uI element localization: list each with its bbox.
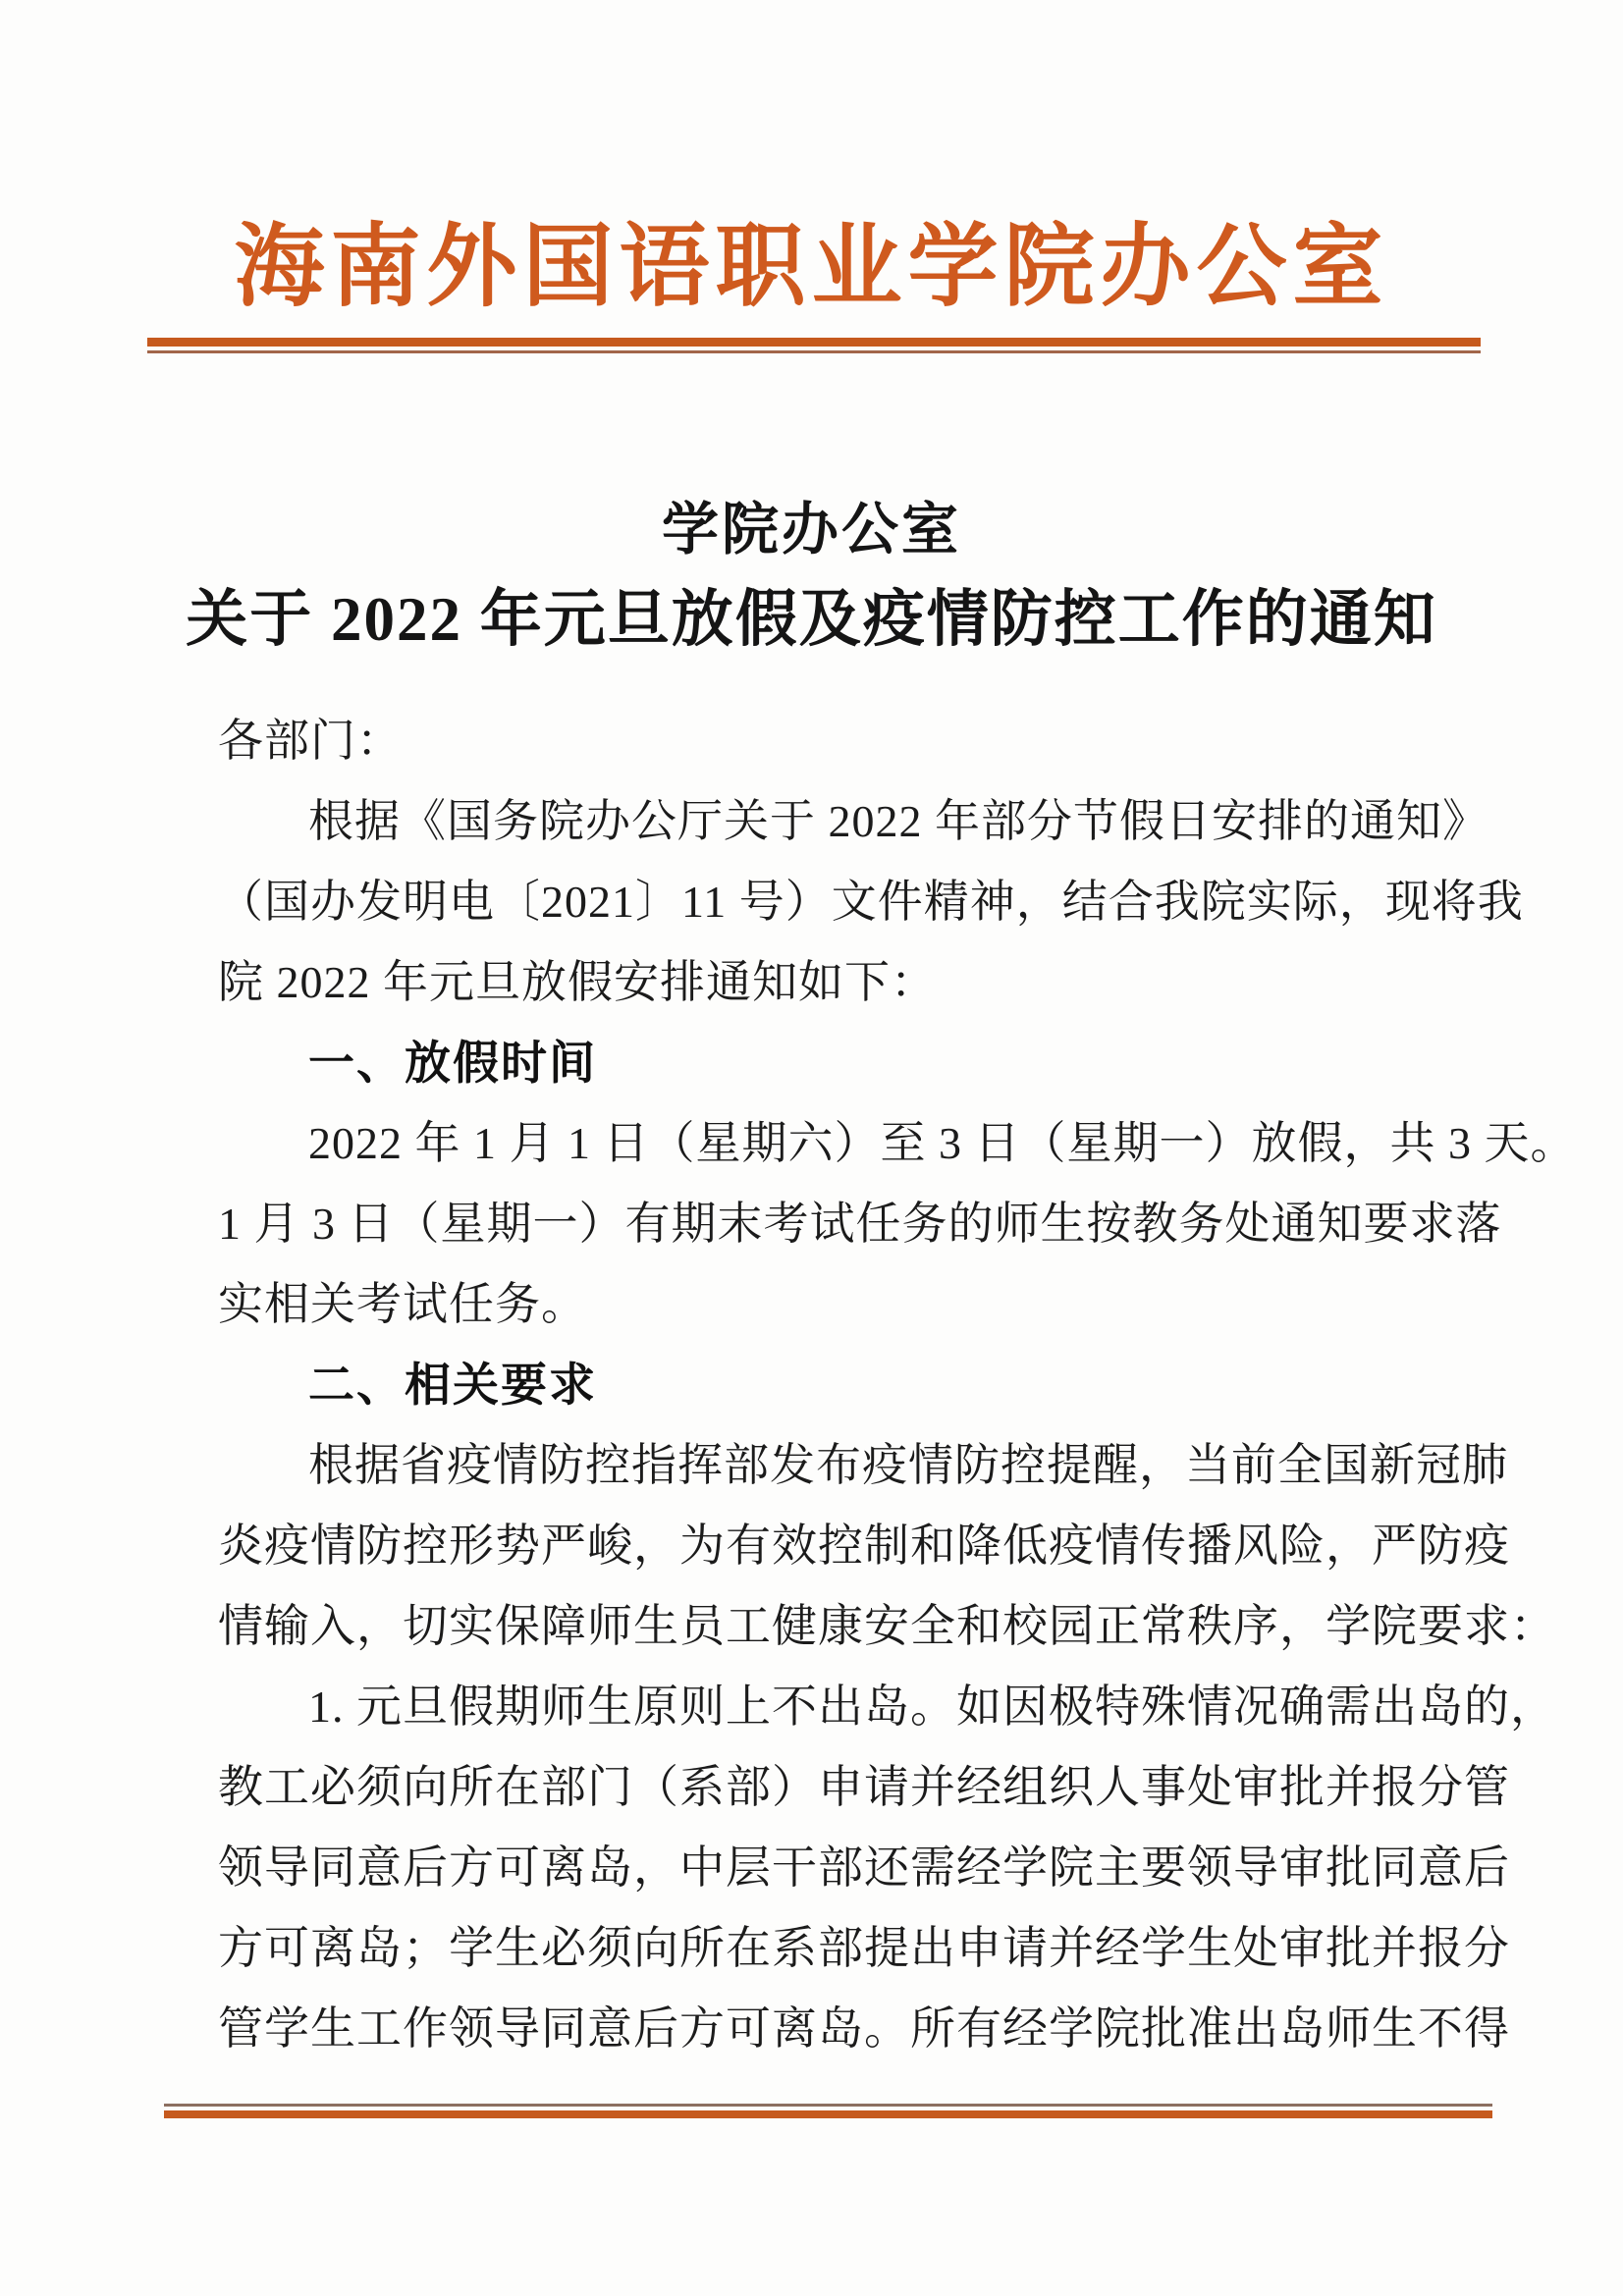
header-divider-rule: [147, 338, 1481, 353]
footer-divider-rule: [164, 2104, 1492, 2118]
section-heading: 一、放假时间: [218, 1023, 1475, 1103]
body-line: 方可离岛；学生必须向所在系部提出申请并经学生处审批并报分: [218, 1908, 1475, 1989]
body-line: 情输入，切实保障师生员工健康安全和校园正常秩序，学院要求：: [218, 1586, 1475, 1667]
body-line: 实相关考试任务。: [218, 1264, 1475, 1345]
body-line: 1. 元旦假期师生原则上不出岛。如因极特殊情况确需出岛的，: [218, 1667, 1475, 1747]
document-title-line2: 关于 2022 年元旦放假及疫情防控工作的通知: [0, 573, 1623, 666]
footer-rule-thick-line: [164, 2110, 1492, 2118]
document-page: 海南外国语职业学院办公室 学院办公室 关于 2022 年元旦放假及疫情防控工作的…: [0, 0, 1623, 2296]
letterhead-organization-name: 海南外国语职业学院办公室: [0, 218, 1623, 316]
body-line: 2022 年 1 月 1 日（星期六）至 3 日（星期一）放假，共 3 天。: [218, 1103, 1475, 1184]
body-line: 管学生工作领导同意后方可离岛。所有经学院批准出岛师生不得: [218, 1989, 1475, 2069]
document-title-line1: 学院办公室: [0, 487, 1623, 573]
header-rule-thin-line: [147, 350, 1481, 353]
body-line: 根据《国务院办公厅关于 2022 年部分节假日安排的通知》: [218, 781, 1475, 862]
body-line: 领导同意后方可离岛，中层干部还需经学院主要领导审批同意后: [218, 1828, 1475, 1908]
body-line: 根据省疫情防控指挥部发布疫情防控提醒，当前全国新冠肺: [218, 1425, 1475, 1506]
salutation: 各部门：: [218, 701, 1475, 781]
header-rule-thick-line: [147, 338, 1481, 347]
document-body: 各部门： 根据《国务院办公厅关于 2022 年部分节假日安排的通知》 （国办发明…: [218, 701, 1475, 2069]
body-line: 炎疫情防控形势严峻，为有效控制和降低疫情传播风险，严防疫: [218, 1506, 1475, 1586]
body-line: 院 2022 年元旦放假安排通知如下：: [218, 942, 1475, 1023]
body-line: 教工必须向所在部门（系部）申请并经组织人事处审批并报分管: [218, 1747, 1475, 1828]
section-heading: 二、相关要求: [218, 1345, 1475, 1425]
body-line: 1 月 3 日（星期一）有期末考试任务的师生按教务处通知要求落: [218, 1184, 1475, 1264]
document-title: 学院办公室 关于 2022 年元旦放假及疫情防控工作的通知: [0, 487, 1623, 666]
body-line: （国办发明电〔2021〕11 号）文件精神，结合我院实际，现将我: [218, 862, 1475, 942]
